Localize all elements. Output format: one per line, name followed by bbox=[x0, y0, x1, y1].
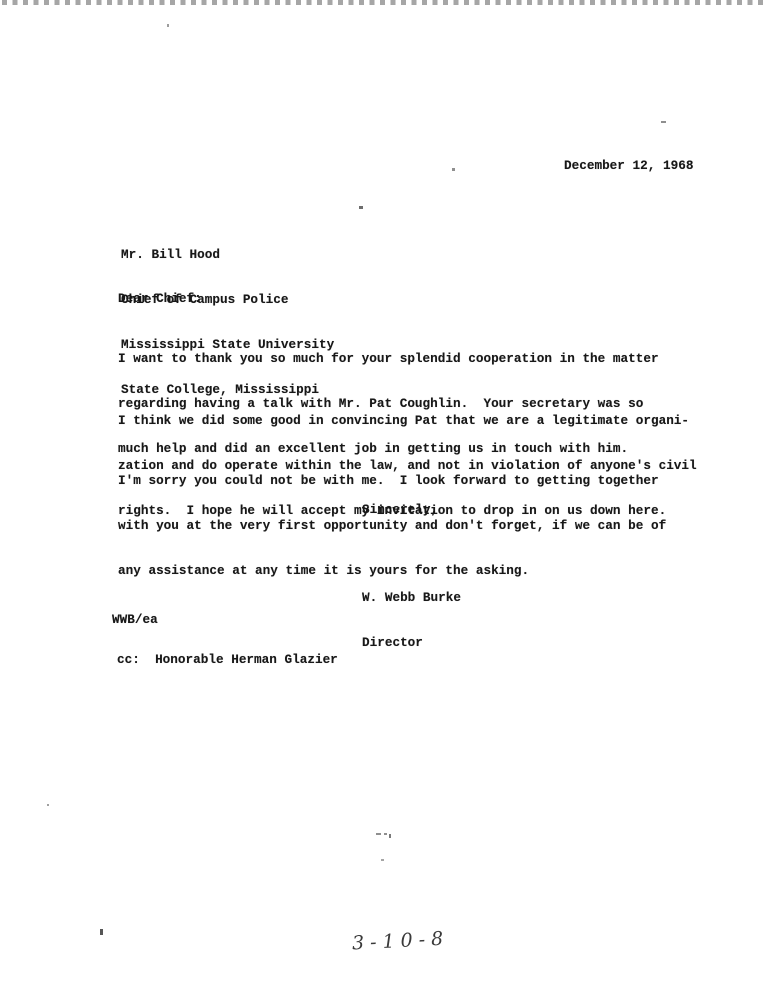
scan-artifact bbox=[389, 834, 391, 838]
scan-artifact bbox=[376, 833, 381, 835]
signer-name: W. Webb Burke bbox=[362, 590, 461, 605]
paragraph-line: I think we did some good in convincing P… bbox=[118, 413, 697, 428]
paragraph-line: I'm sorry you could not be with me. I lo… bbox=[118, 473, 666, 488]
scan-artifact bbox=[384, 833, 387, 835]
signer-title: Director bbox=[362, 635, 461, 650]
paragraph-line: with you at the very first opportunity a… bbox=[118, 518, 666, 533]
paragraph-line: I want to thank you so much for your spl… bbox=[118, 351, 659, 366]
scan-artifact bbox=[47, 804, 49, 806]
recipient-name: Mr. Bill Hood bbox=[121, 247, 334, 262]
perforated-edge bbox=[2, 0, 763, 5]
typist-initials: WWB/ea bbox=[112, 612, 158, 627]
scan-artifact bbox=[661, 121, 666, 123]
scan-artifact bbox=[452, 168, 455, 171]
handwritten-archive-number: 3-10-8 bbox=[352, 931, 450, 951]
salutation: Dear Chief: bbox=[118, 291, 202, 306]
scanned-letter-page: December 12, 1968 Mr. Bill Hood Chief of… bbox=[0, 0, 763, 990]
scan-artifact bbox=[167, 24, 169, 27]
letter-date: December 12, 1968 bbox=[564, 158, 693, 173]
scan-artifact bbox=[381, 859, 384, 861]
signature-block: W. Webb Burke Director bbox=[362, 560, 461, 680]
cc-line: cc: Honorable Herman Glazier bbox=[117, 652, 338, 667]
scan-artifact bbox=[100, 929, 103, 935]
scan-artifact bbox=[359, 206, 363, 209]
complimentary-closing: Sincerely, bbox=[362, 502, 438, 517]
